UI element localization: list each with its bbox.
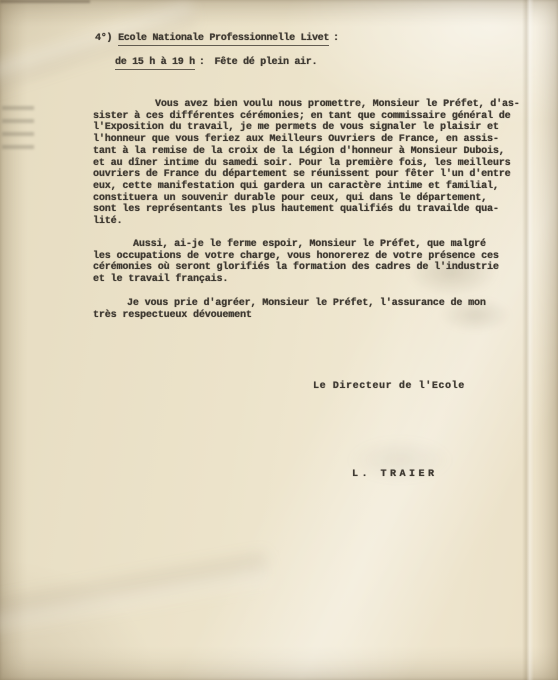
- text-line: lité.: [93, 216, 523, 228]
- text-line: sister à ces différentes cérémonies; en …: [93, 111, 523, 123]
- paragraph-2: Aussi, ai-je le ferme espoir, Monsieur l…: [93, 239, 523, 286]
- text-line: les occupations de votre charge, vous ho…: [93, 251, 523, 263]
- text-line: très respectueux dévouement: [93, 310, 523, 322]
- text-line: tant à la remise de la croix de la Légio…: [93, 146, 523, 158]
- text-line: et le travail français.: [93, 274, 523, 286]
- paper-crease: [522, 0, 534, 680]
- letter-heading: 4°)Ecole Nationale Professionnelle Livet…: [95, 33, 339, 68]
- text-line: sont les représentants les plus hautemen…: [93, 204, 523, 216]
- text-line: l'Exposition du travail, je me permets d…: [93, 122, 523, 134]
- paragraph-1: Vous avez bien voulu nous promettre, Mon…: [93, 99, 523, 228]
- event-title: Fête dé plein air.: [215, 57, 318, 68]
- text-line: eux, cette manifestation qui gardera un …: [93, 181, 523, 193]
- colon: :: [199, 57, 205, 68]
- text-line: ouvriers de France du département se réu…: [93, 169, 523, 181]
- ink-bleed-marks: [2, 106, 34, 156]
- item-number: 4°): [95, 33, 112, 44]
- typewritten-letter-page: 4°)Ecole Nationale Professionnelle Livet…: [0, 0, 558, 680]
- text-line: Vous avez bien voulu nous promettre, Mon…: [93, 99, 523, 111]
- text-line: cérémonies où seront glorifiés la format…: [93, 262, 523, 274]
- heading-line-school: 4°)Ecole Nationale Professionnelle Livet…: [95, 33, 339, 46]
- paper-stain: [330, 430, 470, 490]
- paper-edge-shadow: [0, 0, 90, 3]
- text-line: l'honneur que vous feriez aux Meilleurs …: [93, 134, 523, 146]
- text-line: Je vous prie d'agréer, Monsieur le Préfe…: [93, 298, 523, 310]
- colon: :: [333, 33, 339, 44]
- heading-line-event: de 15 h à 19 h:Fête dé plein air.: [115, 57, 339, 68]
- paper-wrinkle: [0, 552, 270, 637]
- text-line: et au dîner intime du samedi soir. Pour …: [93, 158, 523, 170]
- paragraph-3: Je vous prie d'agréer, Monsieur le Préfe…: [93, 298, 523, 321]
- text-line: constituera un souvenir durable pour ceu…: [93, 193, 523, 205]
- school-name: Ecole Nationale Professionnelle Livet: [118, 33, 329, 46]
- text-line: Aussi, ai-je le ferme espoir, Monsieur l…: [93, 239, 523, 251]
- signature-name: L. TRAIER: [352, 469, 438, 480]
- event-time: de 15 h à 19 h: [115, 57, 195, 70]
- signature-role: Le Directeur de l'Ecole: [313, 381, 465, 392]
